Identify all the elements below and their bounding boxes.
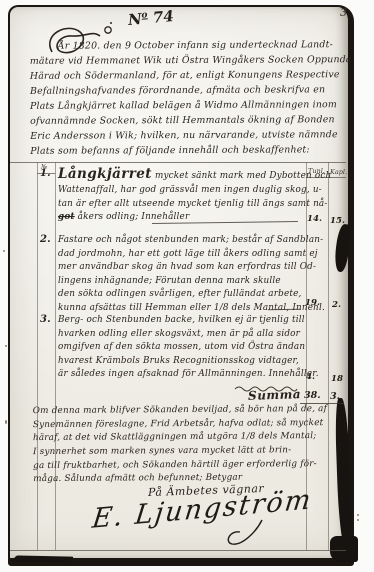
closing-line: häraf, at det vid Skattläggningen må utg… [33,430,343,446]
item-line: omgifven af den sökta mossen, utom vid Ö… [58,341,305,355]
value-tunnland: 14. [307,214,322,224]
intro-line: ofvannämnde Socken, sökt till Hemmantals… [30,112,344,129]
column-header-kappland: Kapl. [330,168,347,176]
item-line: hvarken odling eller skogsväxt, men är p… [58,328,305,342]
scan-speck [5,345,7,347]
item-line-text: åkers odling; Innehåller [75,212,190,222]
torn-edge [12,555,74,562]
signature-flourish-icon [222,518,266,550]
summa-tunnland: 38. [304,390,321,401]
item-line: lingens inhägnande; Förutan denna mark s… [58,275,305,289]
item-line-text: mycket sänkt mark med Dybotten och [155,171,331,181]
struck-word: got [58,212,75,222]
scan-speck [5,420,7,424]
intro-line: Plats Långkjärret kallad belägen å Widmo… [30,97,344,114]
item-line: dad jordmohn, har ett gott läge till åke… [58,248,305,262]
summa-kappland: 3. [330,391,340,402]
table-row: Berg- och Stenbunden backe, hvilken ej ä… [58,314,305,382]
table-column-line [55,162,56,550]
item-number: 2. [40,234,51,245]
item-line: Berg- och Stenbunden backe, hvilken ej ä… [58,314,305,328]
table-column-line [328,162,329,550]
doc-number-value: 74 [152,7,174,27]
intro-line: Härad och Södermanland, för at, enligt K… [30,67,344,84]
closing-line: ga till fruktbarhet, och Sökanden härtil… [33,458,343,474]
value-kappland: 18 [331,374,343,384]
item-line: hvarest Krämbols Bruks Recognitionsskog … [58,355,305,369]
item-line: Fastare och något stenbunden mark; bestå… [58,234,305,248]
doc-number-ordinal: o [141,10,148,20]
table-bottom-rule [10,550,346,551]
scan-speck [357,514,359,516]
scan-speck [3,250,5,252]
intro-line: År 1820. den 9 October infann sig undert… [58,37,344,53]
item-line: tan är efter allt utseende mycket tjenli… [58,198,305,212]
item-lead-word: Långkjärret [58,166,152,182]
closing-paragraph: Om denna mark blifver Sökanden beviljad,… [33,403,344,487]
item-line: den sökta odlingen svårligen, efter full… [58,288,305,302]
value-tunnland: 19. [305,298,320,308]
item-line: är således ingen afsaknad för Allmänning… [58,368,305,382]
table-column-line [37,162,38,550]
item-line: Långkjärret mycket sänkt mark med Dybott… [58,168,305,184]
summa-label: Summa [248,387,302,403]
table-row: Fastare och något stenbunden mark; bestå… [58,234,305,315]
item-line: Wattenaffall, har god grässvål men ingen… [58,184,305,198]
item-line: kunna afsättas till Hemman eller 1/8 del… [58,302,305,316]
intro-line: Befallningshafvandes förordnande, afmäta… [30,82,344,99]
table-row: Långkjärret mycket sänkt mark med Dybott… [58,168,305,225]
intro-line: Eric Andersson i Wik; hvilken, nu närvar… [30,127,344,144]
page-number: 3 [340,6,347,19]
item-line: mer användbar skog än hvad som kan erfor… [58,261,305,275]
value-kappland: 2. [332,300,341,310]
item-number: 3. [40,314,51,325]
intro-line: mätare vid Hemmanet Wik uti Östra Wingåk… [30,52,344,69]
table-top-rule [10,162,346,163]
value-kappland: 15. [330,216,345,226]
torn-edge [330,536,358,562]
intro-paragraph: År 1820. den 9 October infann sig undert… [30,37,345,159]
value-tunnland: 4. [306,372,315,382]
item-number: 1. [40,168,51,179]
intro-line: Plats som befanns af följande innehåll o… [30,142,344,159]
